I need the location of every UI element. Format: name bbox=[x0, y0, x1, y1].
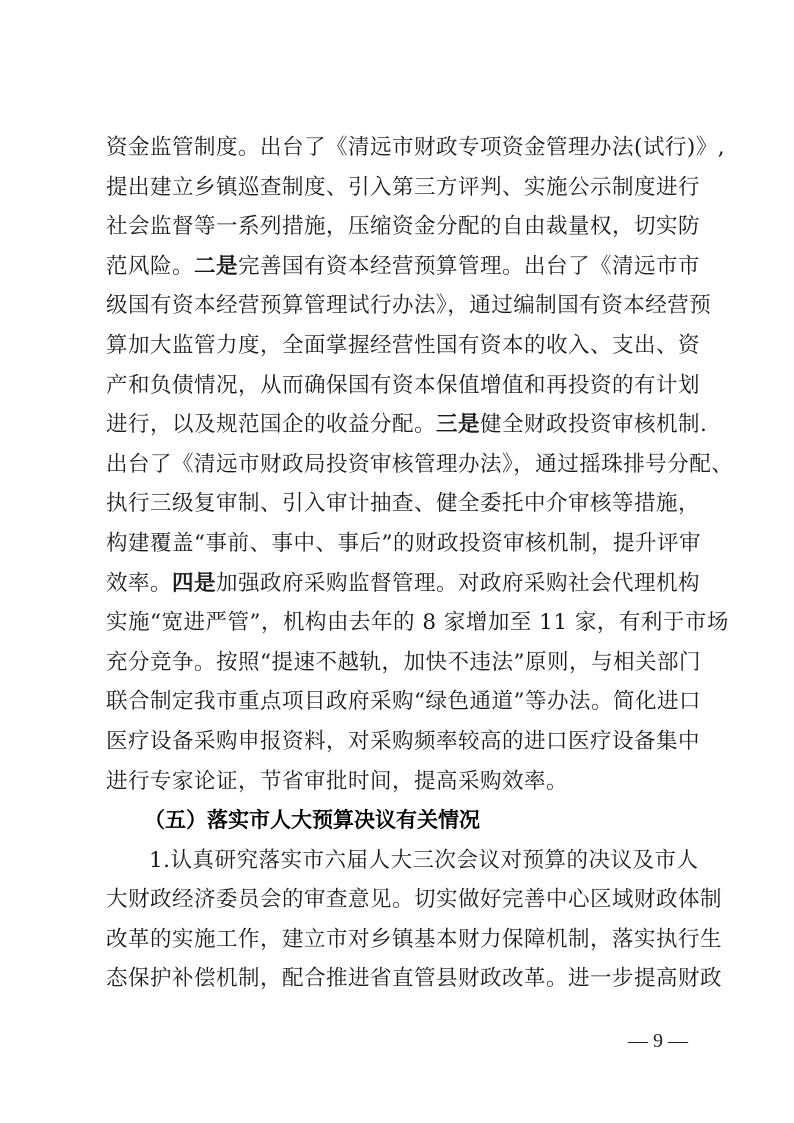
emphasis-text: 四是 bbox=[172, 571, 216, 596]
text-line: 范风险。二是完善国有资本经营预算管理。出台了《清远市市 bbox=[106, 247, 688, 287]
text-segment: 算加大监管力度，全面掌握经营性国有资本的收入、支出、资 bbox=[106, 333, 700, 358]
text-segment: 提出建立乡镇巡查制度、引入第三方评判、实施公示制度进行 bbox=[106, 175, 700, 200]
text-line: 1.认真研究落实市六届人大三次会议对预算的决议及市人 bbox=[106, 841, 688, 881]
text-segment: 社会监督等一系列措施，压缩资金分配的自由裁量权，切实防 bbox=[106, 214, 700, 239]
text-line: 大财政经济委员会的审查意见。切实做好完善中心区域财政体制 bbox=[106, 880, 688, 920]
text-line: 医疗设备采购申报资料，对采购频率较高的进口医疗设备集中 bbox=[106, 722, 688, 762]
paragraph-budget-resolution: 1.认真研究落实市六届人大三次会议对预算的决议及市人大财政经济委员会的审查意见。… bbox=[106, 841, 688, 999]
text-segment: 实施“宽进严管”，机构由去年的 8 家增加至 11 家，有利于市场 bbox=[106, 610, 729, 635]
text-segment: 执行三级复审制、引入审计抽查、健全委托中介审核等措施， bbox=[106, 491, 700, 516]
text-segment: 产和负债情况，从而确保国有资本保值增值和再投资的有计划 bbox=[106, 373, 700, 398]
text-segment: 级国有资本经营预算管理试行办法》，通过编制国有资本经营预 bbox=[106, 293, 711, 318]
emphasis-text: 二是 bbox=[194, 254, 238, 279]
text-segment: 完善国有资本经营预算管理。出台了《清远市市 bbox=[238, 254, 700, 279]
text-segment: 医疗设备采购申报资料，对采购频率较高的进口医疗设备集中 bbox=[106, 729, 700, 754]
text-segment: 进行专家论证，节省审批时间，提高采购效率。 bbox=[106, 769, 568, 794]
text-line: 级国有资本经营预算管理试行办法》，通过编制国有资本经营预 bbox=[106, 286, 688, 326]
text-segment: 出台了《清远市财政局投资审核管理办法》，通过摇珠排号分配、 bbox=[106, 452, 733, 477]
text-line: 态保护补偿机制，配合推进省直管县财政改革。进一步提高财政 bbox=[106, 959, 688, 999]
document-page: 资金监管制度。出台了《清远市财政专项资金管理办法(试行)》,提出建立乡镇巡查制度… bbox=[106, 128, 688, 999]
section-heading: （五）落实市人大预算决议有关情况 bbox=[106, 801, 688, 841]
text-line: 进行，以及规范国企的收益分配。三是健全财政投资审核机制. bbox=[106, 405, 688, 445]
text-segment: 联合制定我市重点项目政府采购“绿色通道”等办法。简化进口 bbox=[106, 689, 701, 714]
text-segment: 进行，以及规范国企的收益分配。 bbox=[106, 412, 436, 437]
text-line: 提出建立乡镇巡查制度、引入第三方评判、实施公示制度进行 bbox=[106, 168, 688, 208]
text-line: 产和负债情况，从而确保国有资本保值增值和再投资的有计划 bbox=[106, 366, 688, 406]
text-line: 进行专家论证，节省审批时间，提高采购效率。 bbox=[106, 762, 688, 802]
paragraph-fiscal-supervision: 资金监管制度。出台了《清远市财政专项资金管理办法(试行)》,提出建立乡镇巡查制度… bbox=[106, 128, 688, 801]
text-line: 构建覆盖“事前、事中、事后”的财政投资审核机制，提升评审 bbox=[106, 524, 688, 564]
page-number: — 9 — bbox=[628, 1030, 688, 1053]
text-segment: 健全财政投资审核机制. bbox=[480, 412, 707, 437]
text-line: 出台了《清远市财政局投资审核管理办法》，通过摇珠排号分配、 bbox=[106, 445, 688, 485]
text-line: 联合制定我市重点项目政府采购“绿色通道”等办法。简化进口 bbox=[106, 682, 688, 722]
text-line: 实施“宽进严管”，机构由去年的 8 家增加至 11 家，有利于市场 bbox=[106, 603, 688, 643]
text-segment: 范风险。 bbox=[106, 254, 194, 279]
text-line: 充分竞争。按照“提速不越轨，加快不违法”原则，与相关部门 bbox=[106, 643, 688, 683]
text-segment: 效率。 bbox=[106, 571, 172, 596]
text-segment: 构建覆盖“事前、事中、事后”的财政投资审核机制，提升评审 bbox=[106, 531, 701, 556]
text-segment: 资金监管制度。出台了《清远市财政专项资金管理办法(试行)》, bbox=[106, 135, 725, 160]
text-line: 效率。四是加强政府采购监督管理。对政府采购社会代理机构 bbox=[106, 564, 688, 604]
text-line: 资金监管制度。出台了《清远市财政专项资金管理办法(试行)》, bbox=[106, 128, 688, 168]
text-segment: 充分竞争。按照“提速不越轨，加快不违法”原则，与相关部门 bbox=[106, 650, 701, 675]
text-line: 执行三级复审制、引入审计抽查、健全委托中介审核等措施， bbox=[106, 484, 688, 524]
text-line: 算加大监管力度，全面掌握经营性国有资本的收入、支出、资 bbox=[106, 326, 688, 366]
text-line: 改革的实施工作，建立市对乡镇基本财力保障机制，落实执行生 bbox=[106, 920, 688, 960]
emphasis-text: 三是 bbox=[436, 412, 480, 437]
text-segment: 加强政府采购监督管理。对政府采购社会代理机构 bbox=[216, 571, 700, 596]
text-line: 社会监督等一系列措施，压缩资金分配的自由裁量权，切实防 bbox=[106, 207, 688, 247]
